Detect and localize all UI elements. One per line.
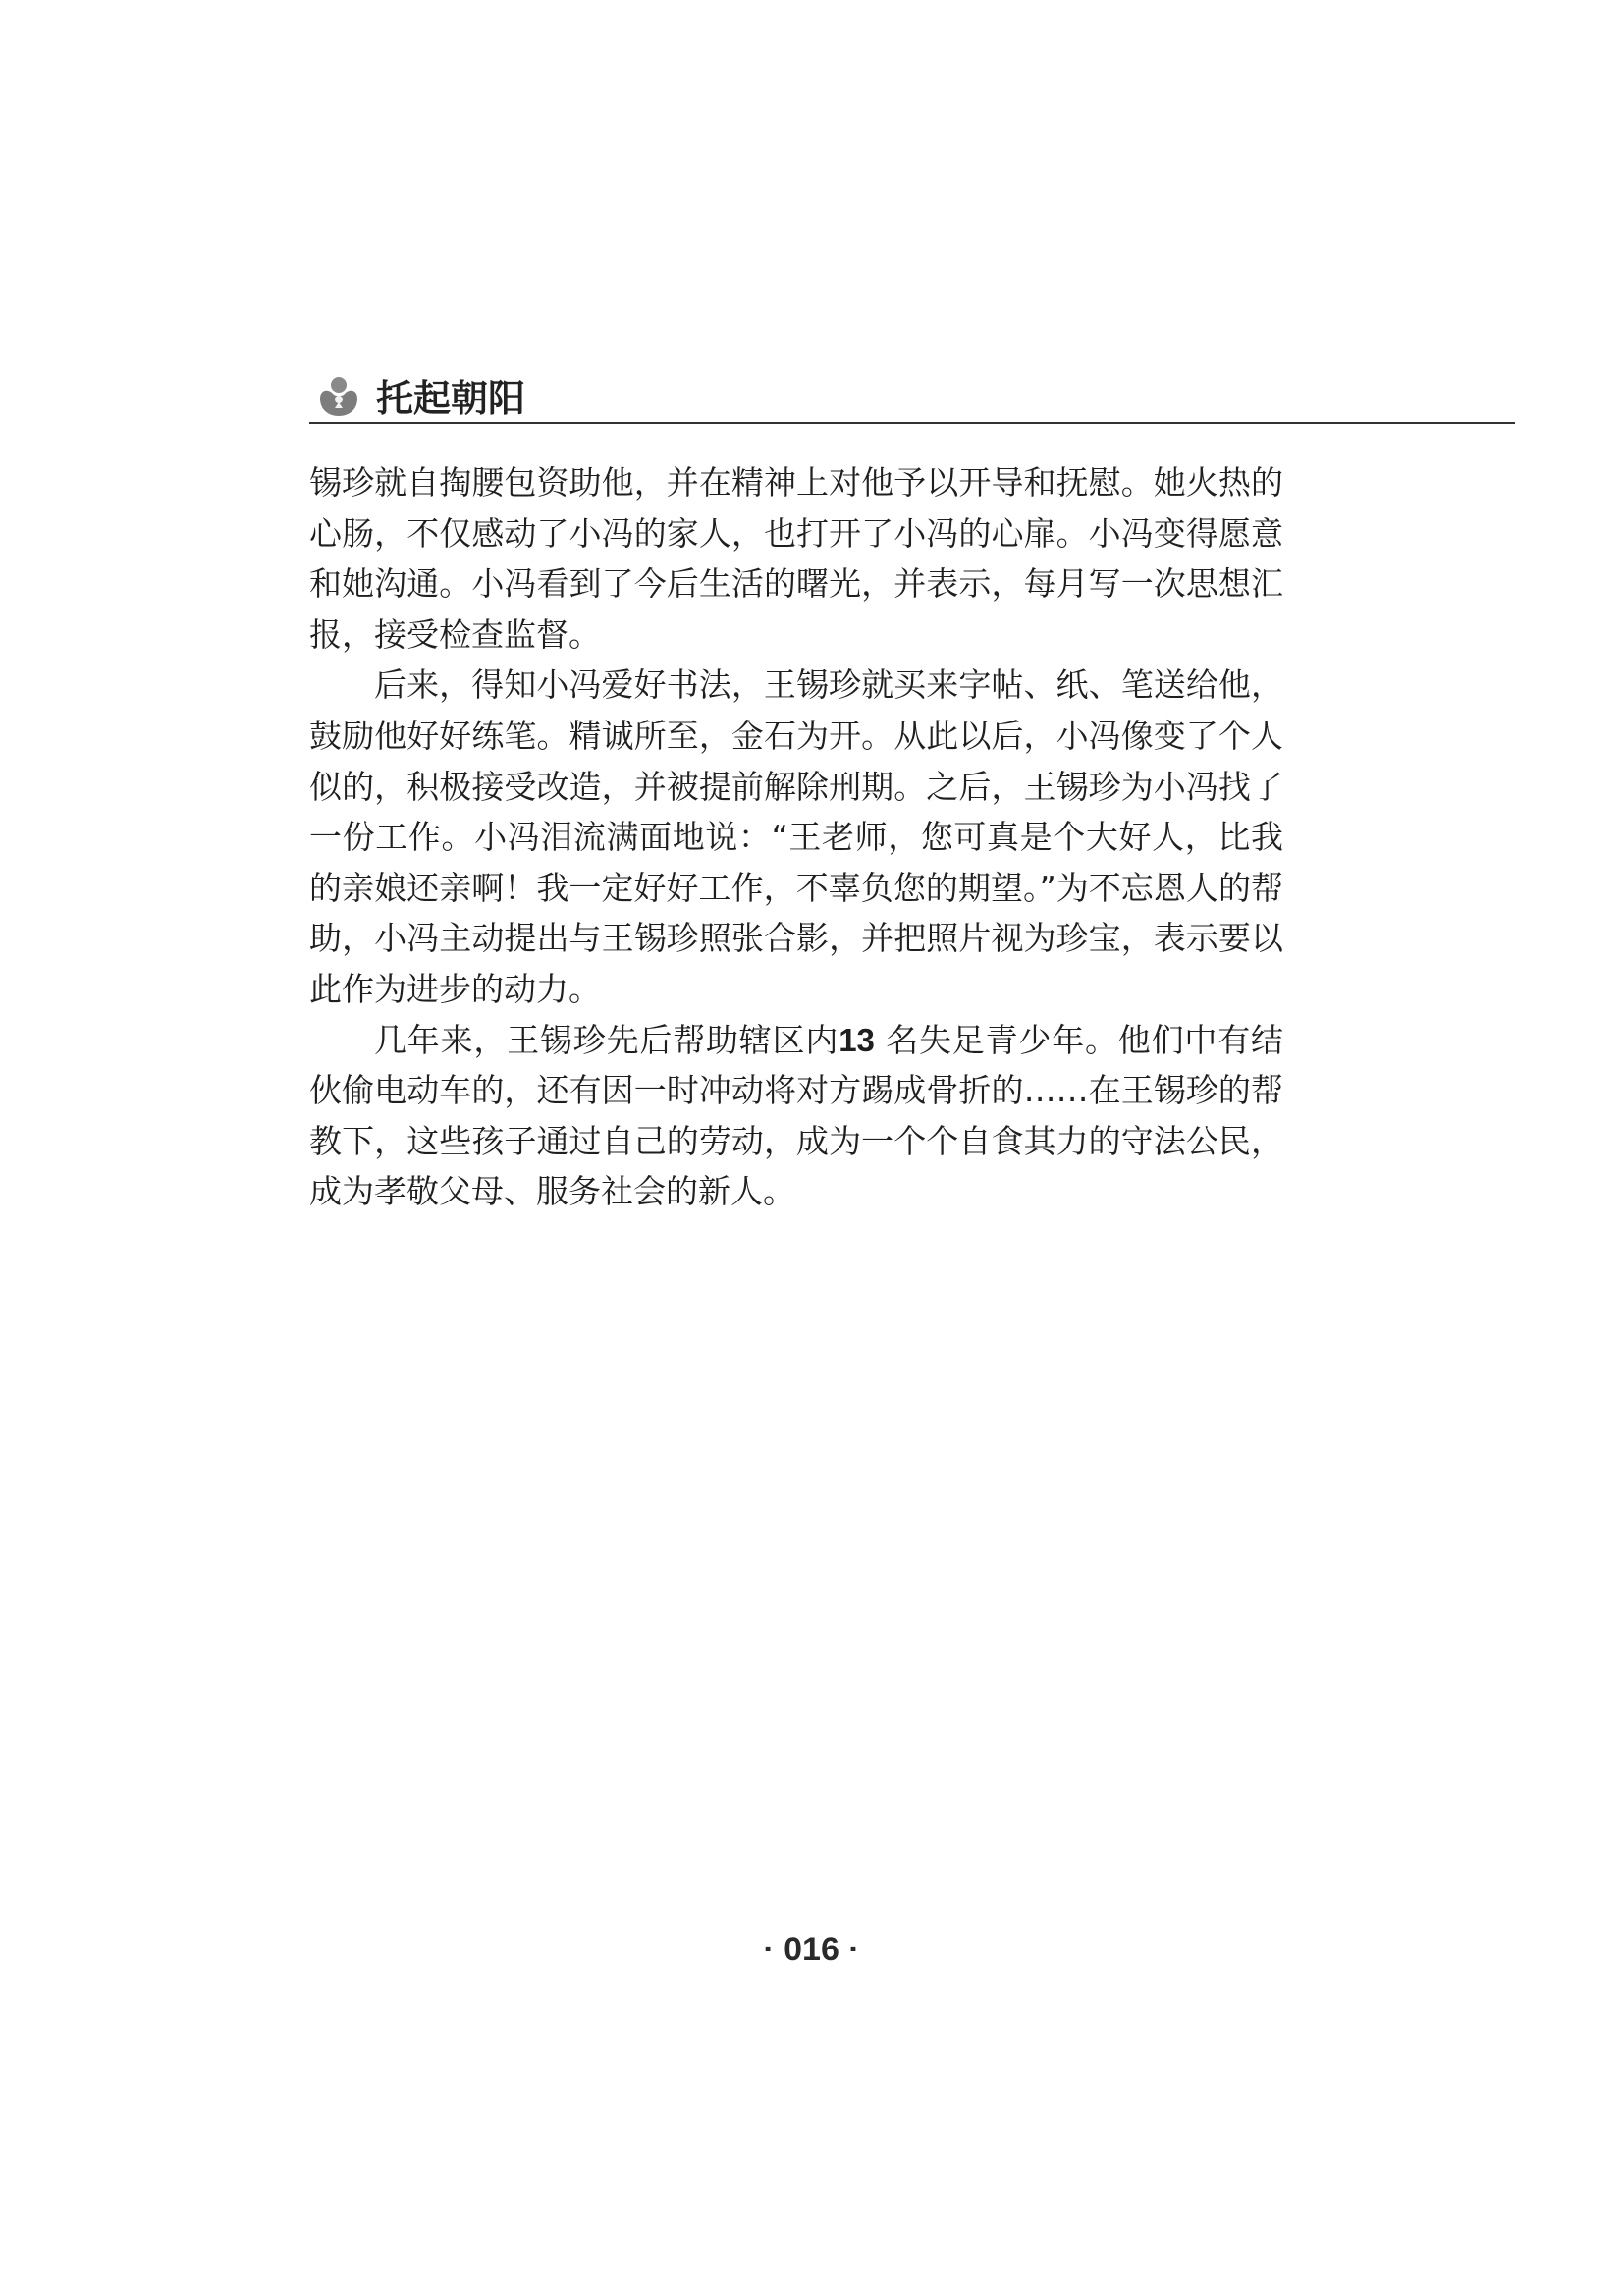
paragraph-3-text-before: 几年来，王锡珍先后帮助辖区内: [374, 1021, 839, 1059]
running-header: 托起朝阳: [309, 371, 1515, 424]
emblem-icon: [317, 375, 360, 418]
paragraph-3-number: 13: [839, 1022, 875, 1058]
page-number: · 016 ·: [0, 1930, 1623, 1969]
paragraph-3: 几年来，王锡珍先后帮助辖区内13 名失足青少年。他们中有结伙偷电动车的，还有因一…: [309, 1015, 1283, 1217]
running-header-title: 托起朝阳: [376, 377, 525, 420]
paragraph-1: 锡珍就自掏腰包资助他，并在精神上对他予以开导和抚慰。她火热的心肠，不仅感动了小冯…: [309, 457, 1283, 660]
paragraph-2: 后来，得知小冯爱好书法，王锡珍就买来字帖、纸、笔送给他，鼓励他好好练笔。精诚所至…: [309, 660, 1283, 1014]
body-text: 锡珍就自掏腰包资助他，并在精神上对他予以开导和抚慰。她火热的心肠，不仅感动了小冯…: [309, 457, 1283, 1217]
